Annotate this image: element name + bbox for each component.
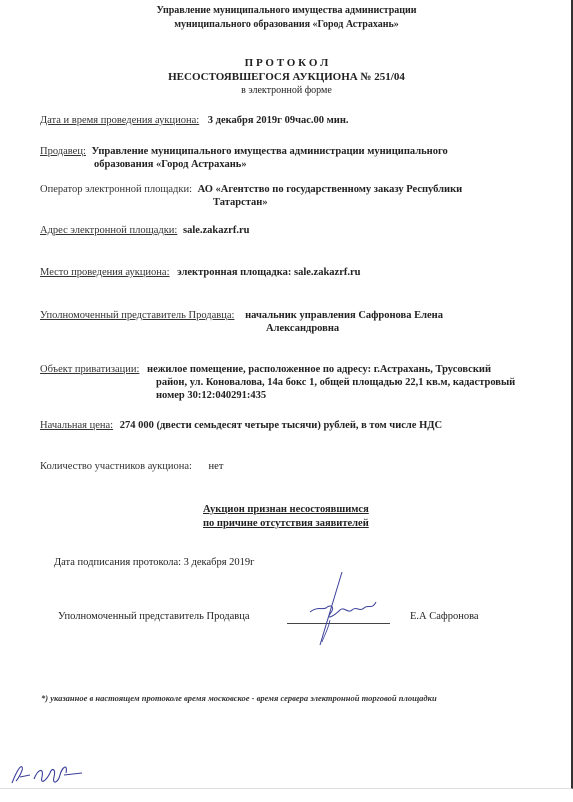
signing-date: Дата подписания протокола: 3 декабря 201…: [54, 557, 254, 568]
object-value-1: нежилое помещение, расположенное по адре…: [147, 364, 491, 375]
org-line-2: муниципального образования «Город Астрах…: [0, 19, 573, 30]
field-price: Начальная цена: 274 000 (двести семьдеся…: [40, 420, 442, 431]
seller-label: Продавец:: [40, 146, 86, 157]
place-value: электронная площадка: sale.zakazrf.ru: [177, 267, 360, 278]
signature-icon: [300, 570, 390, 650]
footnote: *) указанное в настоящем протоколе время…: [41, 693, 437, 703]
representative-value-2: Александровна: [266, 323, 339, 334]
operator-value-2: Татарстан»: [213, 197, 268, 208]
signer-label: Уполномоченный представитель Продавца: [58, 611, 250, 622]
document-title: П Р О Т О К О Л: [0, 57, 573, 69]
seller-value-1: Управление муниципального имущества адми…: [92, 146, 448, 157]
initials-signature-icon: [8, 755, 88, 790]
field-object: Объект приватизации: нежилое помещение, …: [40, 364, 491, 375]
operator-value-1: АО «Агентство по государственному заказу…: [198, 184, 463, 195]
address-value: sale.zakazrf.ru: [183, 225, 249, 236]
date-label: Дата и время проведения аукциона:: [40, 115, 199, 126]
participants-value: нет: [209, 461, 224, 472]
price-value: 274 000 (двести семьдесят четыре тысячи)…: [120, 420, 442, 431]
field-address: Адрес электронной площадки: sale.zakazrf…: [40, 225, 249, 236]
field-representative: Уполномоченный представитель Продавца: н…: [40, 310, 443, 321]
document-subtitle: НЕСОСТОЯВШЕГОСЯ АУКЦИОНА № 251/04: [0, 71, 573, 83]
address-label: Адрес электронной площадки:: [40, 225, 177, 236]
representative-value-1: начальник управления Сафронова Елена: [245, 310, 443, 321]
signer-name: Е.А Сафронова: [410, 611, 479, 622]
date-value: 3 декабря 2019г 09час.00 мин.: [208, 115, 349, 126]
field-place: Место проведения аукциона: электронная п…: [40, 267, 360, 278]
field-seller: Продавец: Управление муниципального имущ…: [40, 146, 448, 157]
object-label: Объект приватизации:: [40, 364, 139, 375]
document-form: в электронной форме: [0, 85, 573, 96]
result-line-1: Аукцион признан несостоявшимся: [203, 504, 369, 515]
field-operator: Оператор электронной площадки: АО «Агент…: [40, 184, 462, 195]
operator-label: Оператор электронной площадки:: [40, 184, 192, 195]
participants-label: Количество участников аукциона:: [40, 461, 192, 472]
price-label: Начальная цена:: [40, 420, 113, 431]
representative-label: Уполномоченный представитель Продавца:: [40, 310, 234, 321]
document-page: Управление муниципального имущества адми…: [0, 0, 573, 789]
seller-value-2: образования «Город Астрахань»: [94, 159, 247, 170]
result-line-2: по причине отсутствия заявителей: [203, 518, 369, 529]
field-date: Дата и время проведения аукциона: 3 дека…: [40, 115, 349, 126]
place-label: Место проведения аукциона:: [40, 267, 170, 278]
object-value-3: номер 30:12:040291:435: [156, 390, 266, 401]
field-participants: Количество участников аукциона: нет: [40, 461, 223, 472]
object-value-2: район, ул. Коновалова, 14а бокс 1, общей…: [156, 377, 515, 388]
org-line-1: Управление муниципального имущества адми…: [0, 5, 573, 16]
